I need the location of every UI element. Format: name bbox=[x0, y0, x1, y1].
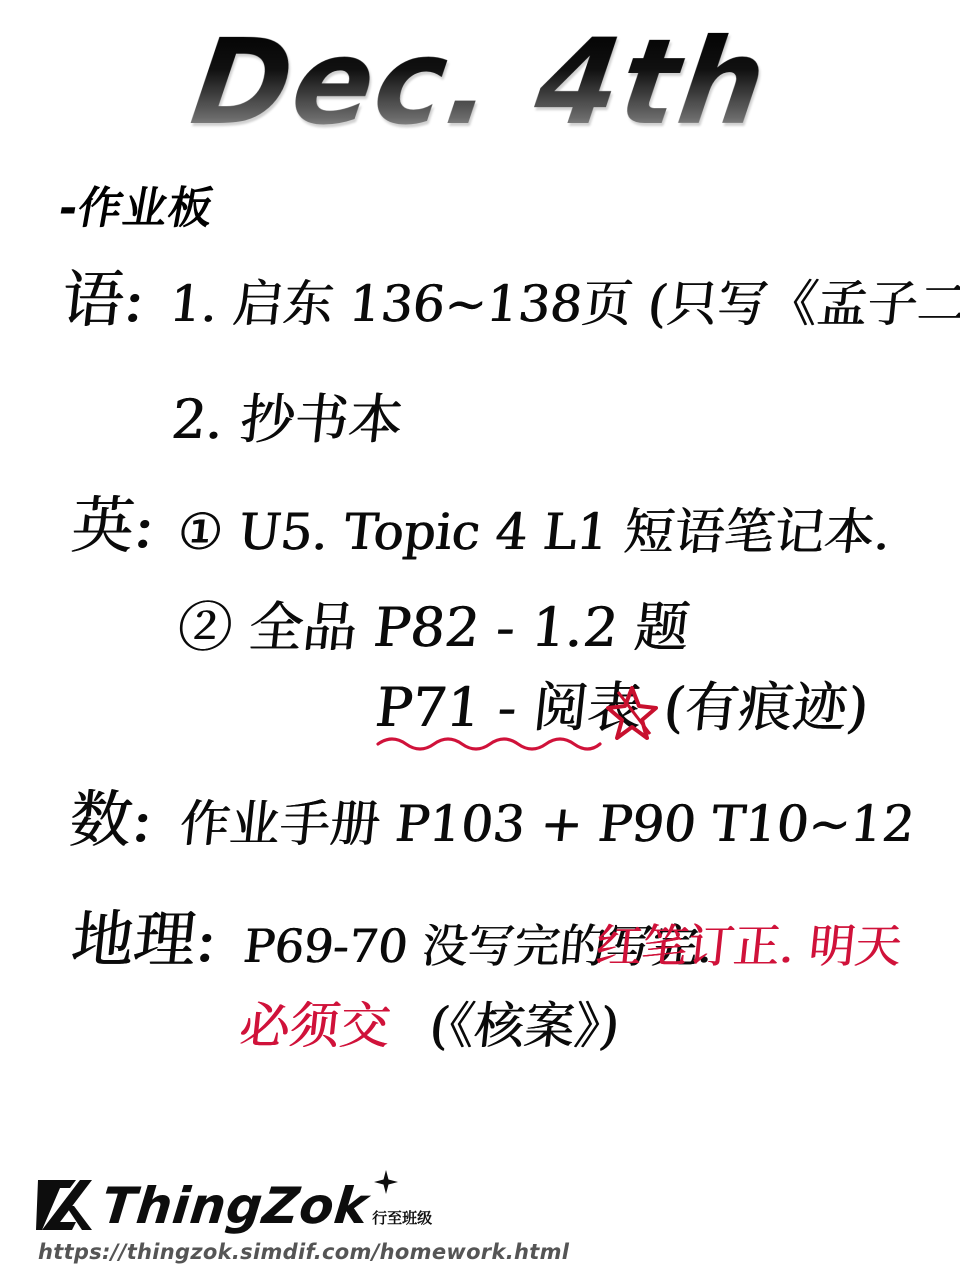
red-wavy-underline bbox=[376, 736, 602, 754]
english-item-2: ② 全品 P82 - 1.2 题 bbox=[175, 596, 693, 660]
brand-name: ThingZok bbox=[99, 1178, 371, 1234]
chinese-item-2: 2. 抄书本 bbox=[169, 388, 406, 452]
section-label: -作业板 bbox=[54, 172, 220, 236]
english-item-1: ① U5. Topic 4 L1 短语笔记本. bbox=[175, 500, 894, 564]
subject-geography: 地理: bbox=[69, 908, 221, 972]
thingzok-logo-icon bbox=[36, 1176, 94, 1234]
english-item-3: P71 - 阅表 bbox=[373, 676, 645, 740]
geography-book-note: (《核案》) bbox=[427, 994, 623, 1058]
geography-red-note-1: 红笔订正. 明天 bbox=[593, 914, 905, 978]
geography-red-note-2: 必须交 bbox=[237, 994, 394, 1058]
chinese-item-1: 1. 启东 136~138页 (只写《孟子二章》) bbox=[167, 272, 960, 336]
red-star-icon bbox=[606, 684, 658, 740]
homework-url-link[interactable]: https://thingzok.simdif.com/homework.htm… bbox=[38, 1240, 569, 1264]
date-title: Dec. 4th bbox=[0, 22, 960, 142]
subject-english: 英: bbox=[69, 494, 159, 558]
subject-chinese: 语: bbox=[59, 268, 149, 332]
brand-cn: 行至班级 bbox=[372, 1207, 432, 1228]
sparkle-icon bbox=[374, 1170, 398, 1194]
subject-math: 数: bbox=[67, 788, 157, 852]
brand-logo: ThingZok 行至班级 bbox=[36, 1176, 432, 1234]
english-starred-note: (有痕迹) bbox=[661, 676, 872, 740]
math-item-1: 作业手册 P103 + P90 T10~12 bbox=[177, 792, 918, 856]
